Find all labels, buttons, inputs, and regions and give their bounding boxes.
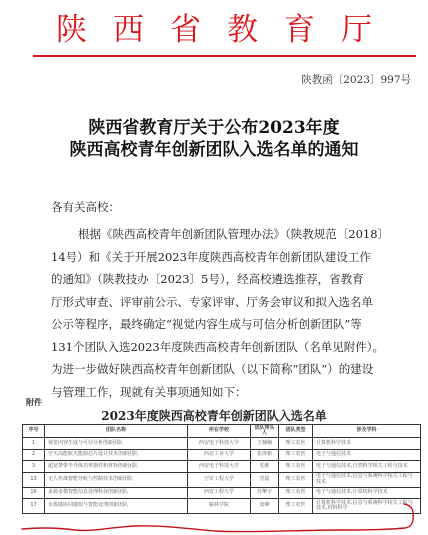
- cell-school: 空军工程大学: [188, 472, 251, 487]
- body-line: 131个团队入选2023年度陕西高校青年创新团队（名单见附件）。: [51, 336, 411, 359]
- cell-school: 西安电子科技大学: [188, 461, 251, 473]
- issuing-authority-title: 陕西省教育厅: [30, 4, 398, 49]
- cell-no: 17: [23, 499, 45, 514]
- table-row: 16 多源多模智能信息处理科技创新团队 西安工程大学 苏擎宇 理工农医 电子与通…: [23, 487, 421, 499]
- red-header-rule: [33, 55, 416, 57]
- table-row: 1 视觉内容生成与可信分析创新团队 西安电子科技大学 王楠楠 理工农医 计算机科…: [23, 438, 421, 450]
- column-header-type: 团队类型: [279, 425, 313, 438]
- cell-no: 16: [23, 487, 45, 499]
- column-header-team: 团队名称: [45, 425, 188, 438]
- cell-discipline: 电子与通信技术: [313, 449, 421, 461]
- table-title: 2023年度陕西高校青年创新团队入选名单: [0, 407, 428, 424]
- cell-team: 多源多模智能信息处理科技创新团队: [45, 487, 188, 499]
- masthead: 陕西省教育厅: [0, 6, 428, 46]
- notice-body: 根据《陕西高校青年创新团队管理办法》（陕教规范〔2018〕 14号）和《关于开展…: [51, 223, 411, 403]
- cell-discipline: 电子与通信技术,计算机科学技术: [313, 487, 421, 499]
- cell-type: 理工农医: [279, 461, 313, 473]
- table-row: 13 无人作战智能导航与控制技术创新团队 空军工程大学 党晨 理工农医 电子与通…: [23, 472, 421, 487]
- cell-type: 理工农医: [279, 438, 313, 450]
- body-line: 的通知》（陕教技办〔2023〕5号），经高校遴选推荐，省教育: [51, 268, 411, 291]
- body-line: 与管理工作，现就有关事项通知如下：: [51, 381, 411, 404]
- cell-leader: 党晨: [251, 472, 279, 487]
- cell-leader: 张涛新: [251, 449, 279, 461]
- cell-no: 3: [23, 461, 45, 473]
- cell-team: 视觉内容生成与可信分析创新团队: [45, 438, 188, 450]
- notice-title-line-2: 陕西高校青年创新团队入选名单的通知: [0, 135, 428, 160]
- salutation: 各有关高校：: [51, 199, 120, 215]
- cell-type: 理工农医: [279, 472, 313, 487]
- cell-discipline: 计算机科学技术,信息与系统科学相关工程与技术,材料科学: [313, 499, 421, 514]
- cell-leader: 苏擎宇: [251, 487, 279, 499]
- body-line: 14号）和《关于开展2023年度陕西高校青年创新团队建设工作: [51, 246, 411, 269]
- cell-school: 西安工程大学: [188, 487, 251, 499]
- table-row: 17 水体感协同感知与智能处理创新团队 榆林学院 张峰 理工农医 计算机科学技术…: [23, 499, 421, 514]
- cell-school: 西北工业大学: [188, 449, 251, 461]
- cell-no: 1: [23, 438, 45, 450]
- cell-team: 无人作战智能导航与控制技术创新团队: [45, 472, 188, 487]
- body-line: 厅形式审查、评审前公示、专家评审、厅务会审议和拟入选名单: [51, 291, 411, 314]
- table-header-row: 序号 团队名称 所在学校 团队带头人 团队类型 涉及学科: [23, 425, 421, 438]
- column-header-leader: 团队带头人: [251, 425, 279, 438]
- cell-no: 13: [23, 472, 45, 487]
- cell-leader: 王楠楠: [251, 438, 279, 450]
- table-row: 2 空天高能航天能源芯片设计技术创新团队 西北工业大学 张涛新 理工农医 电子与…: [23, 449, 421, 461]
- body-line: 公示等程序，最终确定“视觉内容生成与可信分析创新团队”等: [51, 313, 411, 336]
- cell-type: 理工农医: [279, 499, 313, 514]
- cell-team: 空天高能航天能源芯片设计技术创新团队: [45, 449, 188, 461]
- table-row: 3 超宽禁带半导体功率器件和材料创新团队 西安电子科技大学 毛维 理工农医 电子…: [23, 461, 421, 473]
- body-line: 根据《陕西高校青年创新团队管理办法》（陕教规范〔2018〕: [51, 223, 411, 246]
- cell-team: 水体感协同感知与智能处理创新团队: [45, 499, 188, 514]
- cell-discipline: 电子与通信技术,信息与系统科学相关工程与技术: [313, 472, 421, 487]
- cell-leader: 张峰: [251, 499, 279, 514]
- cell-discipline: 计算机科学技术: [313, 438, 421, 450]
- cell-type: 理工农医: [279, 449, 313, 461]
- cell-leader: 毛维: [251, 461, 279, 473]
- body-line: 为进一步做好陕西高校青年创新团队（以下简称“团队”）的建设: [51, 358, 411, 381]
- cell-team: 超宽禁带半导体功率器件和材料创新团队: [45, 461, 188, 473]
- cell-school: 西安电子科技大学: [188, 438, 251, 450]
- column-header-no: 序号: [23, 425, 45, 438]
- cell-no: 2: [23, 449, 45, 461]
- document-number: 陕教函〔2023〕997号: [301, 72, 411, 87]
- team-roster-table: 序号 团队名称 所在学校 团队带头人 团队类型 涉及学科 1 视觉内容生成与可信…: [22, 424, 421, 514]
- column-header-school: 所在学校: [188, 425, 251, 438]
- cell-discipline: 电子与通信技术,自然科学相关工程与技术: [313, 461, 421, 473]
- column-header-discipline: 涉及学科: [313, 425, 421, 438]
- cell-school: 榆林学院: [188, 499, 251, 514]
- cell-type: 理工农医: [279, 487, 313, 499]
